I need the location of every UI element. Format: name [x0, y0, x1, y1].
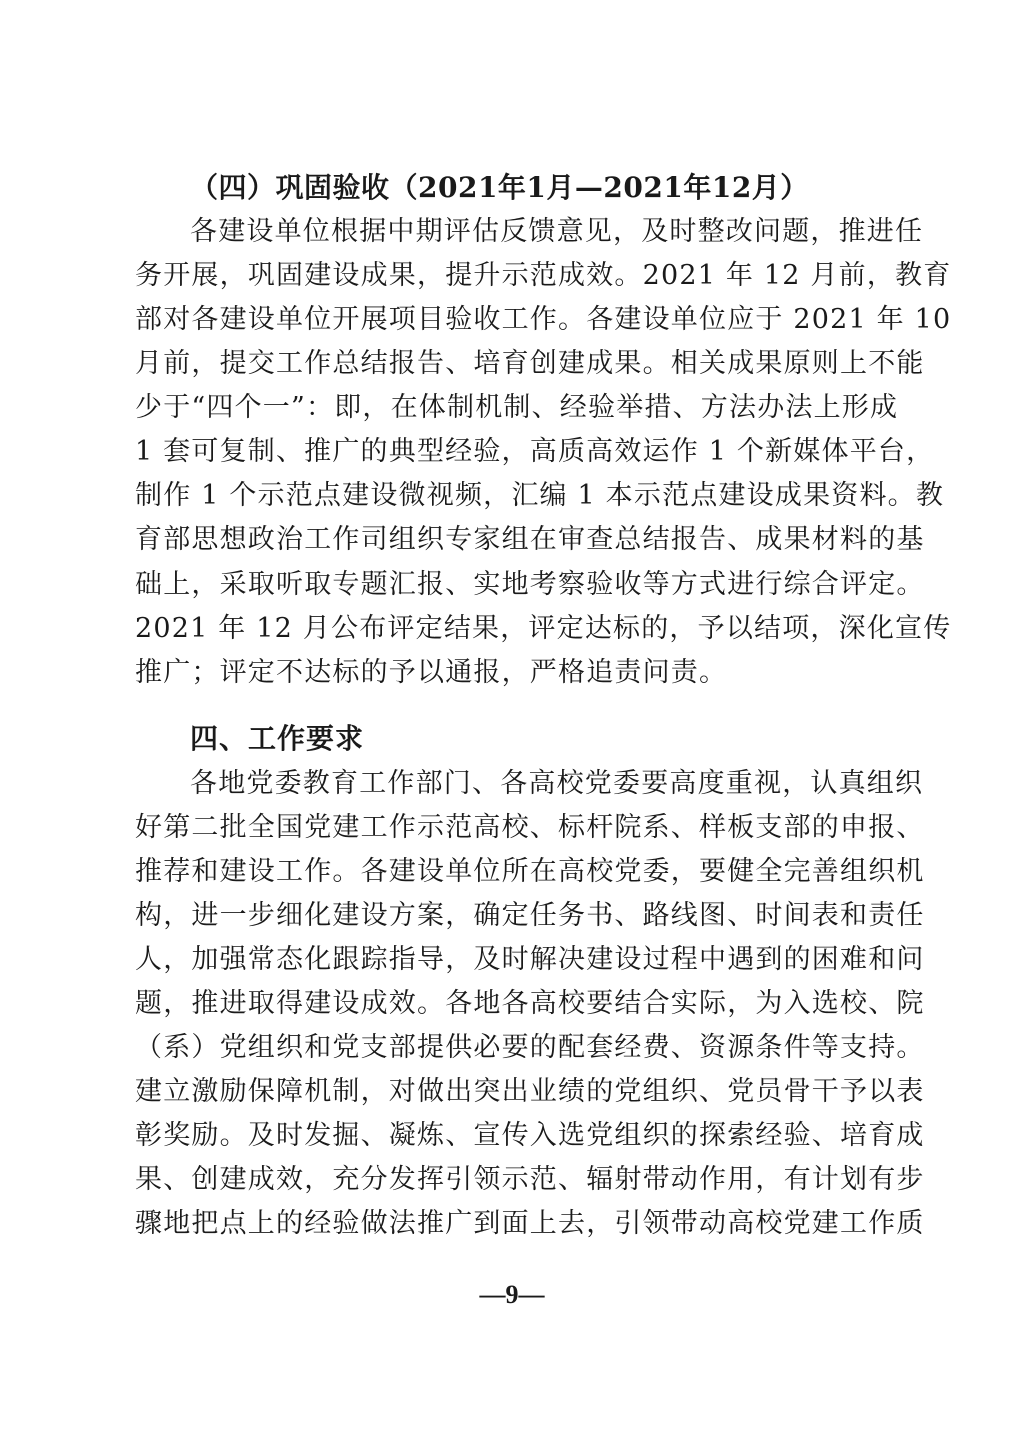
paragraph-line: 骤地把点上的经验做法推广到面上去，引领带动高校党建工作质: [135, 1202, 890, 1246]
section-heading-consolidation-acceptance: （四）巩固验收（2021年1月—2021年12月）: [190, 166, 809, 210]
paragraph-line: 各建设单位根据中期评估反馈意见，及时整改问题，推进任: [190, 210, 890, 254]
document-page: （四）巩固验收（2021年1月—2021年12月） 各建设单位根据中期评估反馈意…: [0, 0, 1024, 1447]
page-number: —9—: [0, 1275, 1024, 1315]
paragraph-line: 制作 1 个示范点建设微视频，汇编 1 本示范点建设成果资料。教: [135, 474, 890, 518]
paragraph-line: 构，进一步细化建设方案，确定任务书、路线图、时间表和责任: [135, 894, 890, 938]
paragraph-line: 务开展，巩固建设成果，提升示范成效。2021 年 12 月前，教育: [135, 254, 890, 298]
paragraph-line: 少于“四个一”：即，在体制机制、经验举措、方法办法上形成: [135, 386, 890, 430]
paragraph-line: 果、创建成效，充分发挥引领示范、辐射带动作用，有计划有步: [135, 1158, 890, 1202]
paragraph-line: 2021 年 12 月公布评定结果，评定达标的，予以结项，深化宣传: [135, 607, 890, 651]
paragraph-line: 推荐和建设工作。各建设单位所在高校党委，要健全完善组织机: [135, 850, 890, 894]
paragraph-line: 建立激励保障机制，对做出突出业绩的党组织、党员骨干予以表: [135, 1070, 890, 1114]
paragraph-line: 人，加强常态化跟踪指导，及时解决建设过程中遇到的困难和问: [135, 938, 890, 982]
paragraph-line: 础上，采取听取专题汇报、实地考察验收等方式进行综合评定。: [135, 563, 890, 607]
paragraph-line: 各地党委教育工作部门、各高校党委要高度重视，认真组织: [190, 762, 890, 806]
paragraph-line: （系）党组织和党支部提供必要的配套经费、资源条件等支持。: [135, 1026, 890, 1070]
paragraph-line: 彰奖励。及时发掘、凝炼、宣传入选党组织的探索经验、培育成: [135, 1114, 890, 1158]
chapter-heading-work-requirements: 四、工作要求: [190, 717, 364, 761]
paragraph-line: 好第二批全国党建工作示范高校、标杆院系、样板支部的申报、: [135, 806, 890, 850]
paragraph-line: 推广；评定不达标的予以通报，严格追责问责。: [135, 651, 890, 695]
paragraph-line: 部对各建设单位开展项目验收工作。各建设单位应于 2021 年 10: [135, 298, 890, 342]
paragraph-line: 育部思想政治工作司组织专家组在审查总结报告、成果材料的基: [135, 518, 890, 562]
paragraph-line: 月前，提交工作总结报告、培育创建成果。相关成果原则上不能: [135, 342, 890, 386]
paragraph-line: 1 套可复制、推广的典型经验，高质高效运作 1 个新媒体平台，: [135, 430, 890, 474]
paragraph-line: 题，推进取得建设成效。各地各高校要结合实际，为入选校、院: [135, 982, 890, 1026]
